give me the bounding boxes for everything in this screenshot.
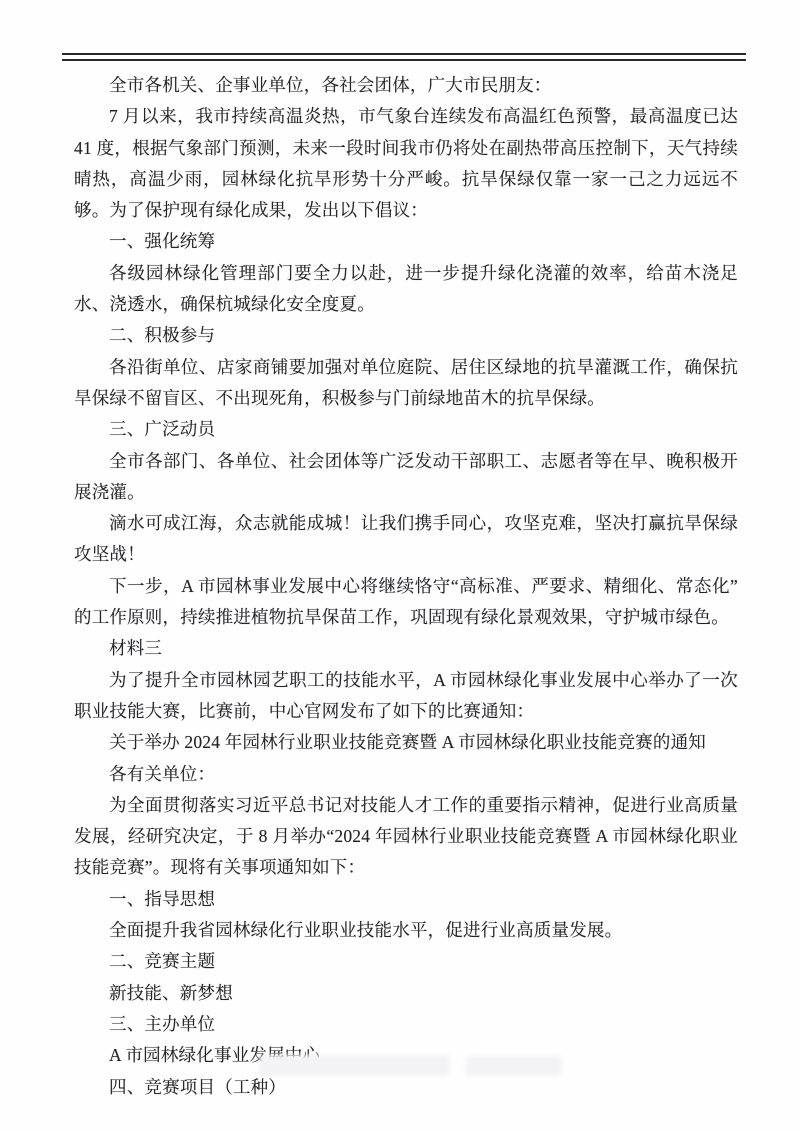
- para-street-units: 各沿街单位、店家商铺要加强对单位庭院、居住区绿地的抗旱灌溉工作，确保抗旱保绿不留…: [74, 352, 738, 415]
- header-double-rule: [62, 53, 746, 61]
- heading-host-unit: 三、主办单位: [74, 1009, 738, 1040]
- para-heat-warning: 7 月以来，我市持续高温炎热，市气象台连续发布高温红色预警，最高温度已达 41 …: [74, 101, 738, 226]
- para-notice-title: 关于举办 2024 年园林行业职业技能竞赛暨 A 市园林绿化职业技能竞赛的通知: [74, 727, 738, 758]
- heading-1-strengthen-coordination: 一、强化统筹: [74, 226, 738, 257]
- para-next-step-principles: 下一步，A 市园林事业发展中心将继续恪守“高标准、严要求、精细化、常态化”的工作…: [74, 571, 738, 634]
- heading-competition-theme: 二、竞赛主题: [74, 946, 738, 977]
- para-management-departments: 各级园林绿化管理部门要全力以赴，进一步提升绿化浇灌的效率，给苗木浇足水、浇透水，…: [74, 258, 738, 321]
- para-greeting: 全市各机关、企事业单位，各社会团体，广大市民朋友：: [74, 70, 738, 101]
- heading-guiding-ideology: 一、指导思想: [74, 884, 738, 915]
- faint-watermark: [259, 1055, 450, 1076]
- para-skills-competition-intro: 为了提升全市园林园艺职工的技能水平，A 市园林绿化事业发展中心举办了一次职业技能…: [74, 665, 738, 728]
- para-drops-make-ocean: 滴水可成江海，众志就能成城！让我们携手同心，攻坚克难，坚决打赢抗旱保绿攻坚战！: [74, 508, 738, 571]
- heading-material-3: 材料三: [74, 633, 738, 664]
- para-salutation-units: 各有关单位：: [74, 759, 738, 790]
- heading-competition-events: 四、竞赛项目（工种）: [74, 1072, 738, 1103]
- document-page: 全市各机关、企事业单位，各社会团体，广大市民朋友： 7 月以来，我市持续高温炎热…: [0, 0, 800, 1131]
- para-competition-theme-body: 新技能、新梦想: [74, 978, 738, 1009]
- heading-2-active-participation: 二、积极参与: [74, 320, 738, 351]
- heading-3-broad-mobilization: 三、广泛动员: [74, 414, 738, 445]
- faint-watermark: [466, 1056, 562, 1076]
- para-guiding-ideology-body: 全面提升我省园林绿化行业职业技能水平，促进行业高质量发展。: [74, 915, 738, 946]
- document-body: 全市各机关、企事业单位，各社会团体，广大市民朋友： 7 月以来，我市持续高温炎热…: [74, 70, 738, 1103]
- para-all-departments-watering: 全市各部门、各单位、社会团体等广泛发动干部职工、志愿者等在早、晚积极开展浇灌。: [74, 446, 738, 509]
- para-implement-spirit: 为全面贯彻落实习近平总书记对技能人才工作的重要指示精神，促进行业高质量发展，经研…: [74, 790, 738, 884]
